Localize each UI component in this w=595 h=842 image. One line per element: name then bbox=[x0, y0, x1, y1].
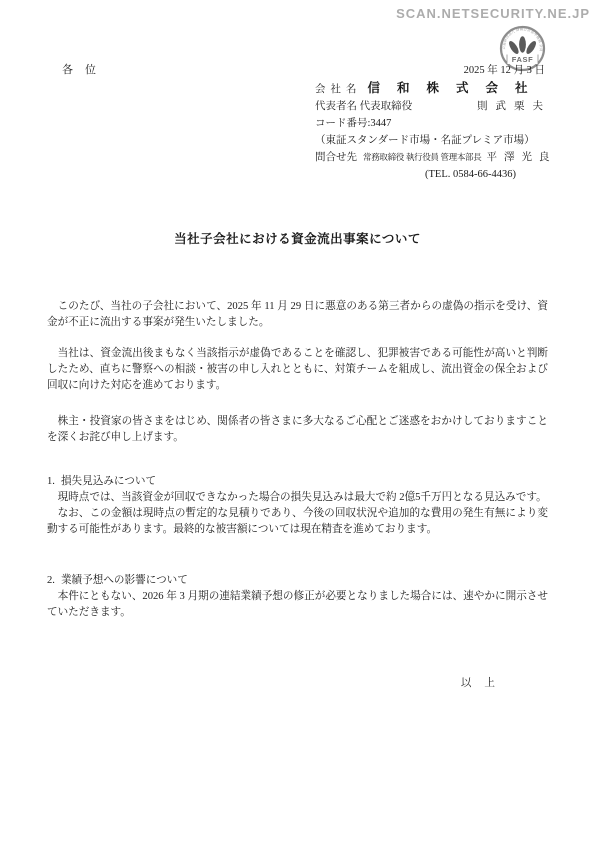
representative-title: 代表取締役 bbox=[360, 101, 413, 112]
closing-mark: 以上 bbox=[47, 676, 548, 692]
section-number: 2. bbox=[47, 575, 55, 586]
representative-row: 代表者名 代表取締役 則武栗夫 bbox=[315, 98, 551, 115]
section-heading-text: 業績予想への影響について bbox=[61, 575, 188, 586]
stock-code-row: コード番号:3447 bbox=[315, 115, 551, 132]
contact-tel: (TEL. 0584-66-4436) bbox=[315, 166, 551, 183]
release-date: 2025 年 12 月 3 日 bbox=[464, 62, 545, 77]
company-info-block: 会社名信和株式会社 代表者名 代表取締役 則武栗夫 コード番号:3447 （東証… bbox=[315, 80, 551, 183]
section-body-paragraph: 本件にともない、2026 年 3 月期の連結業績予想の修正が必要となりました場合… bbox=[47, 589, 548, 621]
press-release-page: SCAN.NETSECURITY.NE.JP 公益財団法人 財務会計基準機構 会… bbox=[0, 0, 595, 842]
document-title: 当社子会社における資金流出事案について bbox=[0, 229, 595, 247]
section-number: 1. bbox=[47, 476, 55, 487]
representative-name: 則武栗夫 bbox=[477, 98, 551, 115]
document-body: このたび、当社の子会社において、2025 年 11 月 29 日に悪意のある第三… bbox=[47, 299, 548, 692]
site-watermark: SCAN.NETSECURITY.NE.JP bbox=[396, 6, 590, 21]
contact-name: 平澤光良 bbox=[486, 149, 556, 166]
addressee: 各位 bbox=[62, 61, 108, 77]
representative-label: 代表者名 bbox=[315, 101, 357, 112]
contact-row: 問合せ先 常務取締役 執行役員 管理本部長 平澤光良 bbox=[315, 149, 551, 166]
representative-label-title: 代表者名 代表取締役 bbox=[315, 98, 412, 115]
section-forecast-impact: 2.業績予想への影響について 本件にともない、2026 年 3 月期の連結業績予… bbox=[47, 573, 548, 621]
section-heading: 1.損失見込みについて bbox=[47, 474, 548, 490]
company-name-label: 会社名 bbox=[315, 84, 362, 95]
section-body-paragraph: なお、この金額は現時点の暫定的な見積りであり、今後の回収状況や追加的な費用の発生… bbox=[47, 506, 548, 538]
paragraph-apology: 株主・投資家の皆さまをはじめ、関係者の皆さまに多大なるご心配とご迷惑をおかけして… bbox=[47, 414, 548, 446]
section-body-paragraph: 現時点では、当該資金が回収できなかった場合の損失見込みは最大で約 2億5千万円と… bbox=[47, 490, 548, 506]
company-name-row: 会社名信和株式会社 bbox=[315, 80, 551, 98]
company-name: 信和株式会社 bbox=[368, 81, 545, 95]
contact-label: 問合せ先 bbox=[315, 149, 357, 166]
contact-titles: 常務取締役 執行役員 管理本部長 bbox=[363, 149, 481, 166]
section-heading: 2.業績予想への影響について bbox=[47, 573, 548, 589]
section-heading-text: 損失見込みについて bbox=[61, 476, 156, 487]
paragraph-response: 当社は、資金流出後まもなく当該指示が虚偽であることを確認し、犯罪被害である可能性… bbox=[47, 346, 548, 394]
listed-markets-row: （東証スタンダード市場・名証プレミア市場） bbox=[315, 132, 551, 149]
section-loss-estimate: 1.損失見込みについて 現時点では、当該資金が回収できなかった場合の損失見込みは… bbox=[47, 474, 548, 538]
paragraph-incident: このたび、当社の子会社において、2025 年 11 月 29 日に悪意のある第三… bbox=[47, 299, 548, 331]
